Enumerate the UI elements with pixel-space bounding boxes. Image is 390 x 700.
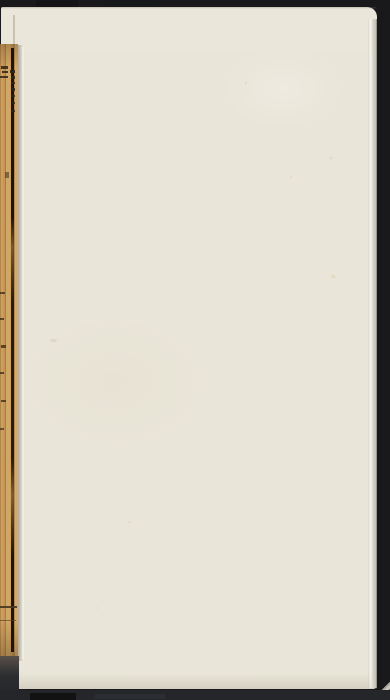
cover-ink-mark	[0, 318, 4, 320]
cover-ink-mark	[1, 345, 6, 348]
cover-ink-mark	[2, 71, 8, 73]
cover-ink-mark	[0, 292, 5, 294]
cover-ink-mark	[12, 88, 15, 91]
cover-border-line	[11, 48, 14, 652]
page-speck	[245, 82, 247, 84]
cover-ink-mark	[10, 70, 15, 73]
cover-ink-mark	[0, 76, 8, 78]
bottom-band-dark-patch	[30, 693, 76, 700]
cover-ink-mark	[0, 428, 4, 430]
old-cover-edge	[0, 44, 18, 658]
page-speck	[330, 157, 332, 159]
cover-ink-mark	[11, 82, 15, 84]
bottom-band-streak	[95, 694, 165, 699]
blank-page	[1, 7, 377, 689]
page-top-edge-shadow	[1, 7, 377, 9]
cover-ink-mark	[0, 620, 16, 621]
page-speck	[50, 339, 57, 342]
page-right-deckle-edge	[368, 19, 377, 688]
page-speck	[96, 607, 98, 609]
scanner-bottom-band	[0, 690, 390, 700]
book-scan	[0, 0, 390, 700]
page-speck	[332, 275, 335, 278]
page-bottom-edge-shadow	[1, 673, 377, 689]
page-speck	[128, 521, 131, 523]
cover-ink-mark	[5, 172, 9, 178]
cover-ink-mark	[11, 76, 15, 79]
cover-ink-mark	[1, 66, 8, 69]
cover-ink-mark	[1, 400, 6, 402]
cover-ink-mark	[0, 606, 17, 608]
cover-ink-mark	[12, 102, 15, 104]
cover-ink-mark	[0, 372, 4, 374]
page-gutter-highlight	[22, 47, 24, 659]
cover-ink-mark	[11, 95, 15, 97]
cover-ink-mark	[11, 110, 15, 112]
page-speck	[290, 176, 292, 178]
